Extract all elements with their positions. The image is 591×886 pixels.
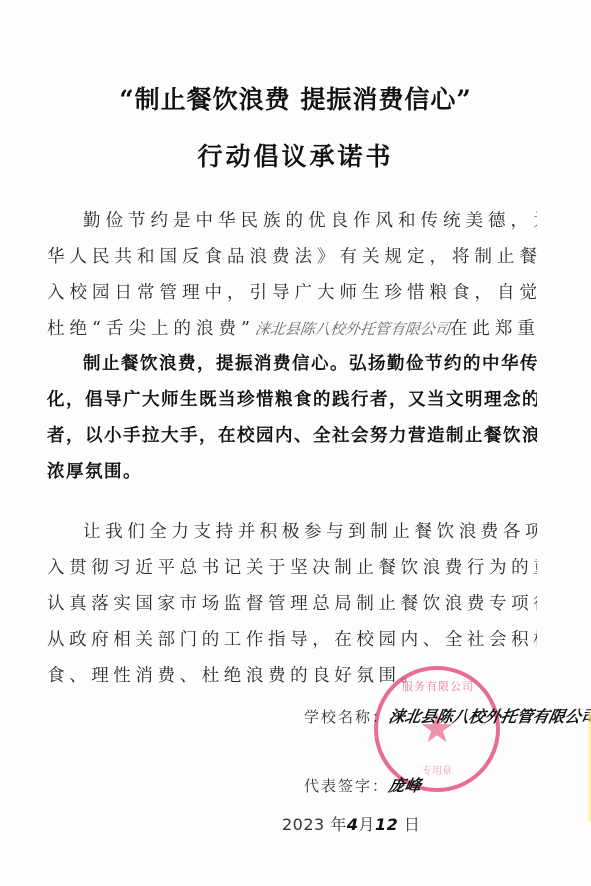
date-month-char: 月 [358,815,375,834]
date-day-char: 日 [404,815,421,834]
paragraph-line: 勤俭节约是中华民族的优良作风和传统美德，为认真落实《中 [47,203,537,239]
school-name-handwritten: 涞北县陈八校外托管有限公司 [387,704,591,727]
paragraph-line: 入校园日常管理中，引导广大师生珍惜粮食，自觉践行光盘行动， [47,275,537,311]
paragraph-line: 从政府相关部门的工作指导，在校园内、全社会积极营造科学饮 [47,622,537,658]
paragraph-line: 认真落实国家市场监督管理总局制止餐饮浪费专项行动部署，服 [47,586,537,622]
paragraph-line: 制止餐饮浪费，提振消费信心。弘扬勤俭节约的中华传统文 [47,346,537,382]
document-title: “制止餐饮浪费 提振消费信心” [0,80,591,116]
school-name-label: 学校名称： [304,708,389,726]
date-month: 4 [347,815,359,834]
document-page: “制止餐饮浪费 提振消费信心” 行动倡议承诺书 勤俭节约是中华民族的优良作风和传… [0,0,591,886]
paragraph-line: 入贯彻习近平总书记关于坚决制止餐饮浪费行为的重要指示精神， [47,550,537,586]
representative-label: 代表签字： [304,777,389,795]
paragraph-line: 化，倡导广大师生既当珍惜粮食的践行者，又当文明理念的传播 [47,382,537,418]
paragraph-line: 让我们全力支持并积极参与到制止餐饮浪费各项行动中，深 [47,514,537,550]
line-prefix: 杜绝“舌尖上的浪费” [47,319,255,339]
paper-edge-highlight [587,712,591,822]
representative-signature: 庞峰 [387,773,423,796]
line-suffix: 在此郑重承诺： [450,319,537,339]
school-name-row: 学校名称：涞北县陈八校外托管有限公司 [304,704,591,727]
paragraph-line: 华人民共和国反食品浪费法》有关规定，将制止餐饮浪费宣传融 [47,239,537,275]
paragraph-line: 者，以小手拉大手，在校园内、全社会努力营造制止餐饮浪费的 [47,418,537,454]
document-date: 2023 年4月12 日 [282,812,420,835]
handwritten-school-name: 涞北县陈八校外托管有限公司 [253,311,452,347]
paragraph-line-4: 杜绝“舌尖上的浪费”涞北县陈八校外托管有限公司在此郑重承诺： [47,311,537,347]
stamp-top-text: 服务有限公司 [398,678,478,694]
date-day: 12 [375,815,398,834]
paragraph-closing: 让我们全力支持并积极参与到制止餐饮浪费各项行动中，深 入贯彻习近平总书记关于坚决… [47,514,537,694]
date-year: 2023 [282,815,325,834]
paragraph-intro: 勤俭节约是中华民族的优良作风和传统美德，为认真落实《中 华人民共和国反食品浪费法… [47,203,537,347]
date-year-char: 年 [330,815,347,834]
document-subtitle: 行动倡议承诺书 [0,137,591,173]
representative-row: 代表签字：庞峰 [304,773,421,796]
paragraph-pledge: 制止餐饮浪费，提振消费信心。弘扬勤俭节约的中华传统文 化，倡导广大师生既当珍惜粮… [47,346,537,490]
paragraph-line: 浓厚氛围。 [47,454,537,490]
